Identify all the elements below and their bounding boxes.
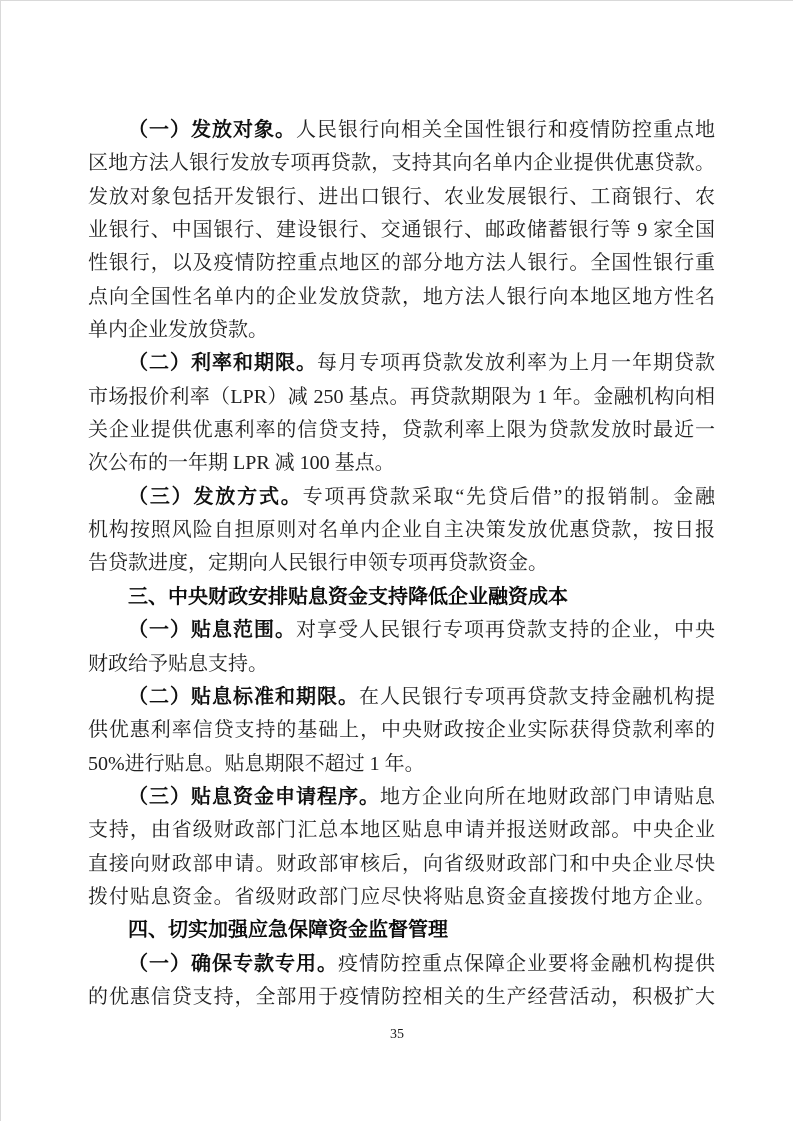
text-line: 财政给予贴息支持。 (88, 648, 715, 681)
text-line: 供优惠利率信贷支持的基础上，中央财政按企业实际获得贷款利率的 (88, 714, 715, 747)
text-line: 的优惠信贷支持，全部用于疫情防控相关的生产经营活动，积极扩大 (88, 981, 715, 1014)
text-line: 单内企业发放贷款。 (88, 314, 715, 347)
text-line: 告贷款进度，定期向人民银行申领专项再贷款资金。 (88, 547, 715, 580)
text-line: 支持，由省级财政部门汇总本地区贴息申请并报送财政部。中央企业 (88, 814, 715, 847)
paragraph-lead: （二）利率和期限。 (128, 352, 317, 374)
text-line: （三）贴息资金申请程序。地方企业向所在地财政部门申请贴息 (88, 781, 715, 814)
text-line: （三）发放方式。专项再贷款采取“先贷后借”的报销制。金融 (88, 481, 715, 514)
document-text-block: （一）发放对象。人民银行向相关全国性银行和疫情防控重点地区地方法人银行发放专项再… (88, 114, 715, 1014)
text-line: 市场报价利率（LPR）减 250 基点。再贷款期限为 1 年。金融机构向相 (88, 381, 715, 414)
text-line: 机构按照风险自担原则对名单内企业自主决策发放优惠贷款，按日报 (88, 514, 715, 547)
text-line: 次公布的一年期 LPR 减 100 基点。 (88, 447, 715, 480)
text-line: 发放对象包括开发银行、进出口银行、农业发展银行、工商银行、农 (88, 181, 715, 214)
paragraph-lead: （一）发放对象。 (128, 119, 296, 141)
text-line: 关企业提供优惠利率的信贷支持，贷款利率上限为贷款发放时最近一 (88, 414, 715, 447)
text-line: 直接向财政部申请。财政部审核后，向省级财政部门和中央企业尽快 (88, 848, 715, 881)
text-line: （一）确保专款专用。疫情防控重点保障企业要将金融机构提供 (88, 948, 715, 981)
text-line: 点向全国性名单内的企业发放贷款，地方法人银行向本地区地方性名 (88, 281, 715, 314)
text-line: 拨付贴息资金。省级财政部门应尽快将贴息资金直接拨付地方企业。 (88, 881, 715, 914)
paragraph-lead: （一）确保专款专用。 (128, 953, 338, 975)
text-line: （二）利率和期限。每月专项再贷款发放利率为上月一年期贷款 (88, 347, 715, 380)
paragraph-lead: （一）贴息范围。 (128, 619, 296, 641)
text-line: 性银行，以及疫情防控重点地区的部分地方法人银行。全国性银行重 (88, 247, 715, 280)
document-page: （一）发放对象。人民银行向相关全国性银行和疫情防控重点地区地方法人银行发放专项再… (0, 0, 793, 1121)
text-line: （一）贴息范围。对享受人民银行专项再贷款支持的企业，中央 (88, 614, 715, 647)
text-line: 业银行、中国银行、建设银行、交通银行、邮政储蓄银行等 9 家全国 (88, 214, 715, 247)
paragraph-lead: （三）贴息资金申请程序。 (128, 786, 380, 808)
text-line: （二）贴息标准和期限。在人民银行专项再贷款支持金融机构提 (88, 681, 715, 714)
paragraph-lead: （二）贴息标准和期限。 (128, 686, 359, 708)
text-line: 区地方法人银行发放专项再贷款，支持其向名单内企业提供优惠贷款。 (88, 147, 715, 180)
page-number: 35 (1, 1027, 793, 1043)
paragraph-lead: （三）发放方式。 (128, 486, 303, 508)
section-heading: 三、中央财政安排贴息资金支持降低企业融资成本 (88, 581, 715, 614)
text-line: （一）发放对象。人民银行向相关全国性银行和疫情防控重点地 (88, 114, 715, 147)
section-heading: 四、切实加强应急保障资金监督管理 (88, 914, 715, 947)
text-line: 50%进行贴息。贴息期限不超过 1 年。 (88, 748, 715, 781)
